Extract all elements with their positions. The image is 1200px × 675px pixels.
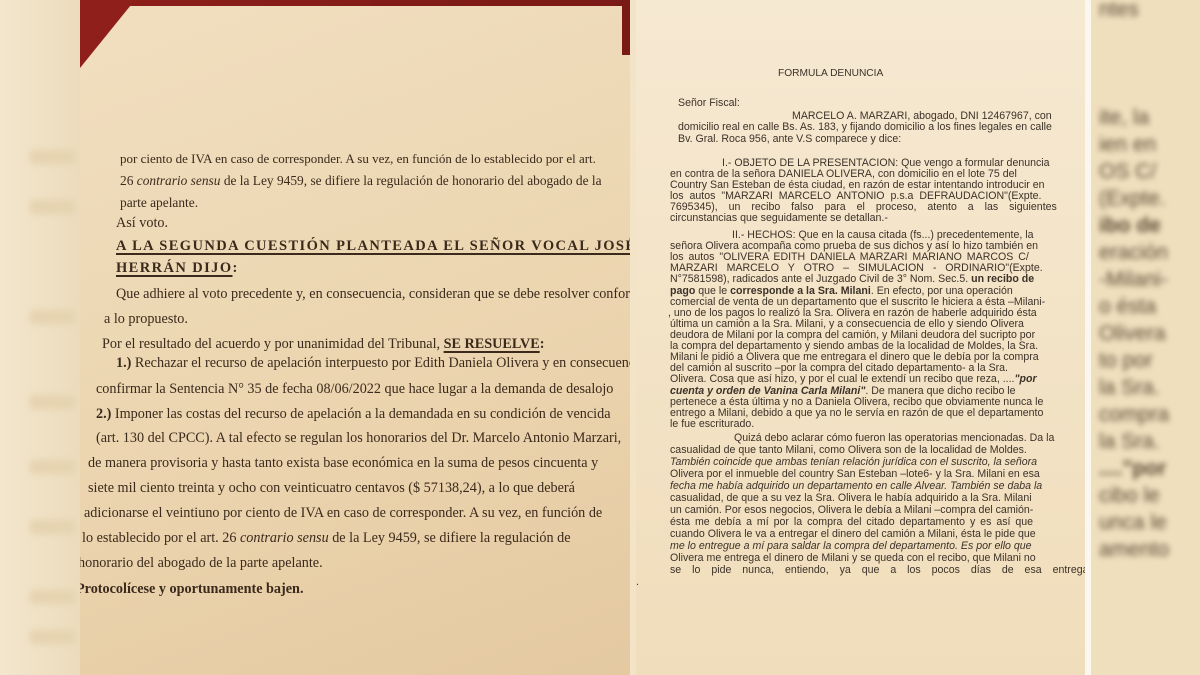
- text-line: un camión. Por esos negocios, Olivera le…: [670, 504, 1033, 516]
- blurred-text: ntes: [1099, 0, 1200, 23]
- text-line: Que adhiere al voto precedente y, en con…: [116, 286, 630, 303]
- complaint-document-photo: FORMULA DENUNCIA Señor Fiscal: MARCELO A…: [630, 0, 1085, 675]
- text-line: le fue escriturado.: [670, 418, 754, 430]
- text-line: cuando Olivera le va a entregar el diner…: [670, 528, 1036, 540]
- blurred-text: la Sra.: [1099, 374, 1200, 401]
- section-heading: A LA SEGUNDA CUESTIÓN PLANTEADA EL SEÑOR…: [116, 238, 630, 255]
- blurred-background-left: [0, 0, 80, 675]
- blurred-text: eración: [1099, 239, 1200, 266]
- text-line: casualidad, de que a su vez la Sra. Oliv…: [670, 492, 1032, 504]
- text-line: lo establecido por el art. 26 contrario …: [82, 530, 571, 547]
- text-line: .: [636, 576, 639, 588]
- blurred-text: ite, la: [1099, 104, 1200, 131]
- text-line: 26 contrario sensu de la Ley 9459, se di…: [120, 173, 602, 189]
- red-surface-edge: [622, 0, 630, 55]
- blurred-text: ...."por: [1099, 455, 1200, 482]
- text-line: de manera provisoria y hasta tanto exist…: [88, 455, 598, 472]
- text-line: (art. 130 del CPCC). A tal efecto se reg…: [96, 430, 621, 447]
- document-title: FORMULA DENUNCIA: [778, 68, 883, 79]
- text-line: a lo propuesto.: [104, 311, 188, 328]
- text-line: Por el resultado del acuerdo y por unani…: [102, 336, 544, 353]
- text-line: me lo entregue a mí para saldar la compr…: [670, 540, 1032, 552]
- text-line: Así voto.: [116, 215, 168, 232]
- text-line: ésta me debía a mí por la compra del cit…: [670, 516, 1033, 528]
- text-line: circunstancias que seguidamente se detal…: [670, 212, 888, 224]
- text-line: por ciento de IVA en caso de corresponde…: [120, 151, 596, 167]
- text-line: siete mil ciento treinta y ocho con vein…: [88, 480, 575, 497]
- red-surface-corner: [80, 0, 135, 68]
- text-line: casualidad de que tanto Milani, como Oli…: [670, 444, 1027, 456]
- text-line: Bv. Gral. Roca 956, ante V.S comparece y…: [678, 133, 901, 145]
- text-line: parte apelante.: [120, 195, 198, 211]
- text-line: honorario del abogado de la parte apelan…: [80, 555, 323, 572]
- blurred-text: o ésta: [1099, 293, 1200, 320]
- blurred-background-right: ntes ite, la ien en OS C/ (Expte. ibo de…: [1085, 0, 1200, 675]
- blurred-text: amento: [1099, 536, 1200, 563]
- blurred-text: ibo de: [1099, 212, 1200, 239]
- text-line: Olivera. Cosa que así hizo, y por el cua…: [670, 373, 1037, 385]
- blurred-text: Olivera: [1099, 320, 1200, 347]
- blurred-text: cibo le: [1099, 482, 1200, 509]
- resolution-item-1: 1.) Rechazar el recurso de apelación int…: [116, 355, 630, 372]
- text-line: confirmar la Sentencia N° 35 de fecha 08…: [96, 381, 613, 398]
- text-line: Quizá debo aclarar cómo fueron las opera…: [734, 432, 1054, 444]
- closing-line: Protocolícese y oportunamente bajen.: [80, 581, 304, 598]
- blurred-text: compra: [1099, 401, 1200, 428]
- resolution-item-2: 2.) Imponer las costas del recurso de ap…: [96, 406, 611, 423]
- blurred-text: (Expte.: [1099, 185, 1200, 212]
- text-line: Olivera por el inmueble del country San …: [670, 468, 1040, 480]
- blurred-text: la Sra.: [1099, 428, 1200, 455]
- text-line: Olivera me entrega el dinero de Milani y…: [670, 552, 1036, 564]
- blurred-text: unca le: [1099, 509, 1200, 536]
- blurred-text: ien en: [1099, 131, 1200, 158]
- text-line: se lo pide nunca, entiendo, ya que a los…: [670, 564, 1085, 576]
- blurred-text: to por: [1099, 347, 1200, 374]
- section-heading: HERRÁN DIJO:: [116, 260, 239, 277]
- text-line: También coincide que ambas tenían relaci…: [670, 456, 1037, 468]
- text-line: adicionarse el veintiuno por ciento de I…: [84, 505, 602, 522]
- text-line: domicilio real en calle Bs. As. 183, y f…: [678, 121, 1052, 133]
- blurred-text: OS C/: [1099, 158, 1200, 185]
- text-line: N°7581598), radicados ante el Juzgado Ci…: [670, 273, 1034, 285]
- court-resolution-photo: por ciento de IVA en caso de corresponde…: [80, 0, 630, 675]
- red-surface: [80, 0, 630, 6]
- blurred-text: -Milani-: [1099, 266, 1200, 293]
- text-line: fecha me había adquirido un departamento…: [670, 480, 1042, 492]
- text-line: Señor Fiscal:: [678, 97, 740, 109]
